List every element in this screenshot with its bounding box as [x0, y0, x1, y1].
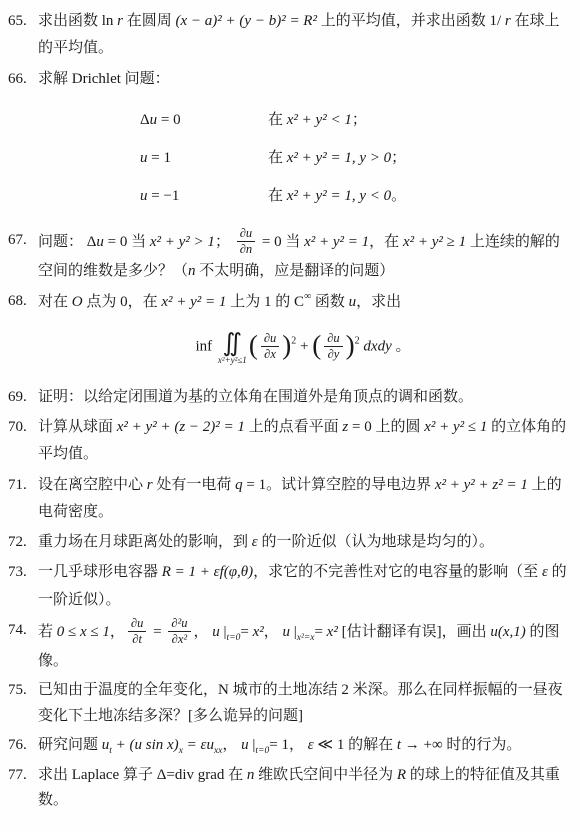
- problem-74: 74. 若 0 ≤ x ≤ 1，∂u∂t = ∂²u∂x²， u |t=0= x…: [8, 617, 568, 675]
- problem-69: 69. 证明：以给定闭围道为基的立体角在围道外是角顶点的调和函数。: [8, 384, 568, 411]
- equation-block: Δu = 0 在 x² + y² < 1； u = 1 在 x² + y² = …: [38, 110, 568, 207]
- fraction: ∂u∂x: [261, 331, 279, 362]
- text: 问题： Δ: [38, 234, 96, 250]
- text: 求出 Laplace 算子 Δ=div grad 在: [38, 767, 247, 783]
- subscript: t=0: [255, 746, 269, 756]
- subscript: x²=x: [297, 633, 315, 643]
- math: u: [212, 624, 220, 640]
- problem-number: 76.: [8, 732, 38, 760]
- text: = 1。试计算空腔的导电边界: [243, 477, 435, 493]
- text: 在: [268, 150, 287, 166]
- math: R: [397, 767, 406, 783]
- text: 求解 Drichlet 问题：: [38, 71, 170, 87]
- math: x² + y² ≥ 1: [403, 234, 466, 250]
- problem-71: 71. 设在离空腔中心 r 处有一电荷 q = 1。试计算空腔的导电边界 x² …: [8, 472, 568, 527]
- equation-condition: 在 x² + y² = 1, y > 0；: [268, 148, 568, 169]
- problem-text: 对在 O 点为 0，在 x² + y² = 1 上为 1 的 C∞ 函数 u，求…: [38, 288, 568, 316]
- math: + (u sin x): [112, 737, 179, 753]
- problem-65: 65. 求出函数 ln r 在圆周 (x − a)² + (y − b)² = …: [8, 8, 568, 63]
- text: → +∞ 时的行为。: [401, 737, 521, 753]
- text: =: [314, 624, 326, 640]
- text: 处有一电荷: [153, 477, 236, 493]
- problem-text: 重力场在月球距离处的影响，到 ε 的一阶近似（认为地球是均匀的）。: [38, 529, 568, 556]
- problem-72: 72. 重力场在月球距离处的影响，到 ε 的一阶近似（认为地球是均匀的）。: [8, 529, 568, 556]
- problem-67: 67. 问题： Δu = 0 当 x² + y² > 1； ∂u∂n = 0 当…: [8, 227, 568, 285]
- problem-text: 已知由于温度的全年变化，N 城市的土地冻结 2 米深。那么在同样振幅的一昼夜变化…: [38, 678, 568, 728]
- math: x² + y² = 1, y < 0: [287, 188, 391, 204]
- text: = 1: [148, 150, 171, 166]
- math: x² + y² ≤ 1: [424, 419, 487, 435]
- problem-76: 76. 研究问题 ut + (u sin x)x = εuxx， u |t=0=…: [8, 732, 568, 760]
- math: dxdy: [360, 339, 392, 355]
- text: 。: [392, 339, 411, 355]
- text: =: [240, 624, 252, 640]
- text: 上为 1 的 C: [226, 294, 304, 310]
- problem-number: 75.: [8, 678, 38, 728]
- math: u: [349, 294, 357, 310]
- problem-number: 67.: [8, 227, 38, 285]
- text: |: [220, 624, 227, 640]
- equation-left: u = −1: [140, 186, 268, 207]
- problem-number: 68.: [8, 288, 38, 380]
- text: ，: [194, 624, 213, 640]
- text: ；: [391, 150, 406, 166]
- text: inf: [195, 339, 215, 355]
- math: x² + y² + z² = 1: [435, 477, 528, 493]
- text: +: [296, 339, 312, 355]
- math: u(x,1): [490, 624, 525, 640]
- fraction: ∂u∂t: [128, 616, 146, 647]
- text: 的一阶近似（认为地球是均匀的）。: [258, 534, 494, 550]
- math: x² + y² = 1: [304, 234, 369, 250]
- equation-row: u = 1 在 x² + y² = 1, y > 0；: [140, 148, 568, 169]
- math: = εu: [183, 737, 214, 753]
- math: x² + y² < 1: [287, 112, 352, 128]
- math: O: [72, 294, 83, 310]
- problem-66: 66. 求解 Drichlet 问题： Δu = 0 在 x² + y² < 1…: [8, 66, 568, 224]
- paren: ): [282, 330, 291, 360]
- text: ，求出: [356, 294, 401, 310]
- math: x² + y² = 1: [161, 294, 226, 310]
- document-page: 65. 求出函数 ln r 在圆周 (x − a)² + (y − b)² = …: [0, 0, 580, 832]
- math: n: [188, 263, 196, 279]
- paren: ): [346, 330, 355, 360]
- text: 若: [38, 624, 57, 640]
- text: 不太明确，应是翻译的问题）: [196, 263, 395, 279]
- equation-left: u = 1: [140, 148, 268, 169]
- text: 上的点看平面: [245, 419, 343, 435]
- text: 重力场在月球距离处的影响，到: [38, 534, 252, 550]
- problem-text: 求出 Laplace 算子 Δ=div grad 在 n 维欧氏空间中半径为 R…: [38, 763, 568, 813]
- problem-text: 证明：以给定闭围道为基的立体角在围道外是角顶点的调和函数。: [38, 384, 568, 411]
- math: x²: [253, 624, 264, 640]
- text: 在: [268, 112, 287, 128]
- text: = 0 当: [258, 234, 304, 250]
- equation-row: Δu = 0 在 x² + y² < 1；: [140, 110, 568, 131]
- math: u: [241, 737, 249, 753]
- problem-text: 问题： Δu = 0 当 x² + y² > 1； ∂u∂n = 0 当 x² …: [38, 227, 568, 285]
- problem-number: 72.: [8, 529, 38, 556]
- math: u: [96, 234, 104, 250]
- math: q: [235, 477, 243, 493]
- math: x² + y² = 1, y > 0: [287, 150, 391, 166]
- text: ，: [222, 737, 241, 753]
- equation-condition: 在 x² + y² = 1, y < 0。: [268, 186, 568, 207]
- problem-text: 若 0 ≤ x ≤ 1，∂u∂t = ∂²u∂x²， u |t=0= x²， u…: [38, 617, 568, 675]
- problem-text: 求解 Drichlet 问题：: [38, 66, 568, 93]
- problem-number: 66.: [8, 66, 38, 224]
- text: 在圆周: [123, 13, 176, 29]
- text: 上的平均值，并求出函数 1/: [317, 13, 505, 29]
- text: ；: [215, 234, 234, 250]
- text: = 1，: [269, 737, 307, 753]
- text: 求出函数 ln: [38, 13, 117, 29]
- text: = 0 当: [104, 234, 150, 250]
- text: Δ: [140, 112, 150, 128]
- double-integral: ∬x²+y²≤1: [218, 332, 247, 366]
- text: [估计翻译有误]，画出: [338, 624, 491, 640]
- text: ，: [110, 624, 125, 640]
- text: 。: [391, 188, 406, 204]
- text: 对在: [38, 294, 72, 310]
- text: 证明：以给定闭围道为基的立体角在围道外是角顶点的调和函数。: [38, 389, 473, 405]
- math: x² + y² + (z − 2)² = 1: [117, 419, 245, 435]
- math: x² + y² > 1: [150, 234, 215, 250]
- text: ，: [264, 624, 283, 640]
- paren: (: [312, 330, 321, 360]
- text: = −1: [148, 188, 180, 204]
- problem-number: 74.: [8, 617, 38, 675]
- text: 一几乎球形电容器: [38, 564, 162, 580]
- problem-number: 71.: [8, 472, 38, 527]
- text: 在: [268, 188, 287, 204]
- problem-text: 一几乎球形电容器 R = 1 + εf(φ,θ)，求它的不完善性对它的电容量的影…: [38, 559, 568, 614]
- subscript: t=0: [227, 633, 241, 643]
- problem-number: 77.: [8, 763, 38, 813]
- text: 研究问题: [38, 737, 102, 753]
- math: u: [140, 150, 148, 166]
- problem-77: 77. 求出 Laplace 算子 Δ=div grad 在 n 维欧氏空间中半…: [8, 763, 568, 813]
- text: =: [149, 624, 165, 640]
- equation-left: Δu = 0: [140, 110, 268, 131]
- text: ，在: [369, 234, 403, 250]
- problem-68: 68. 对在 O 点为 0，在 x² + y² = 1 上为 1 的 C∞ 函数…: [8, 288, 568, 380]
- equation-condition: 在 x² + y² < 1；: [268, 110, 568, 131]
- text: 计算从球面: [38, 419, 117, 435]
- text: ，求它的不完善性对它的电容量的影响（至: [253, 564, 542, 580]
- problem-text: 研究问题 ut + (u sin x)x = εuxx， u |t=0= 1， …: [38, 732, 568, 760]
- text: 已知由于温度的全年变化，N 城市的土地冻结 2 米深。那么在同样振幅的一昼夜变化…: [38, 682, 563, 723]
- problem-text: 计算从球面 x² + y² + (z − 2)² = 1 上的点看平面 z = …: [38, 414, 568, 469]
- text: = 0: [157, 112, 180, 128]
- fraction: ∂u∂n: [237, 226, 255, 257]
- text: ≪ 1 的解在: [314, 737, 397, 753]
- text: 设在离空腔中心: [38, 477, 147, 493]
- math: (x − a)² + (y − b)² = R²: [176, 13, 317, 29]
- problem-number: 73.: [8, 559, 38, 614]
- problem-70: 70. 计算从球面 x² + y² + (z − 2)² = 1 上的点看平面 …: [8, 414, 568, 469]
- math: u: [140, 188, 148, 204]
- paren: (: [249, 330, 258, 360]
- text: 点为 0，在: [83, 294, 162, 310]
- problem-text: 设在离空腔中心 r 处有一电荷 q = 1。试计算空腔的导电边界 x² + y²…: [38, 472, 568, 527]
- math: u: [282, 624, 290, 640]
- text: ；: [352, 112, 367, 128]
- problem-text: 求出函数 ln r 在圆周 (x − a)² + (y − b)² = R² 上…: [38, 8, 568, 63]
- fraction: ∂²u∂x²: [168, 616, 190, 647]
- problem-75: 75. 已知由于温度的全年变化，N 城市的土地冻结 2 米深。那么在同样振幅的一…: [8, 678, 568, 728]
- problem-73: 73. 一几乎球形电容器 R = 1 + εf(φ,θ)，求它的不完善性对它的电…: [8, 559, 568, 614]
- math: 0 ≤ x ≤ 1: [57, 624, 110, 640]
- text: = 0 上的圆: [348, 419, 424, 435]
- equation-row: u = −1 在 x² + y² = 1, y < 0。: [140, 186, 568, 207]
- problem-number: 69.: [8, 384, 38, 411]
- text: |: [290, 624, 297, 640]
- math: x²: [327, 624, 338, 640]
- display-formula: inf ∬x²+y²≤1(∂u∂x)2 + (∂u∂y)2 dxdy 。: [38, 330, 568, 364]
- problem-number: 70.: [8, 414, 38, 469]
- text: 维欧氏空间中半径为: [254, 767, 397, 783]
- fraction: ∂u∂y: [324, 331, 342, 362]
- text: 函数: [311, 294, 349, 310]
- problem-number: 65.: [8, 8, 38, 63]
- math: R = 1 + εf(φ,θ): [162, 564, 253, 580]
